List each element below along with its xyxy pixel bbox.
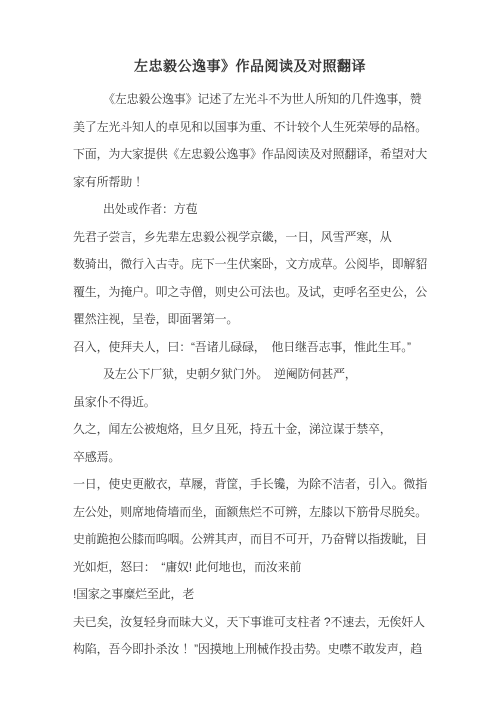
page-title: 左忠毅公逸事》作品阅读及对照翻译 [0,0,500,75]
text-line: 覆生，为掩户。叩之寺僧，则史公可法也。及试，吏呼名至史公，公 [73,279,430,307]
text-line: 构陷，吾今即扑杀汝 ！”因摸地上刑械作投击势。史噤不敢发声，趋 [73,636,430,664]
text-line: 家有所帮助 ！ [73,169,430,197]
text-line: 卒感焉。 [73,444,430,472]
text-line: 数骑出，微行入古寺。庑下一生伏案卧，文方成草。公阅毕，即解貂 [73,251,430,279]
text-line: 虽家仆不得近。 [73,389,430,417]
text-line: 久之，闻左公被炮烙，旦夕且死，持五十金，涕泣谋于禁卒， [73,416,430,444]
text-line: 美了左光斗知人的卓见和以国事为重、不计较个人生死荣辱的品格。 [73,114,430,142]
text-line: 召入，使拜夫人，曰：“吾诸儿碌碌， 他日继吾志事，惟此生耳。” [73,334,430,362]
text-line: 《左忠毅公逸事》记述了左光斗不为世人所知的几件逸事，赞 [73,86,430,114]
document-body: 《左忠毅公逸事》记述了左光斗不为世人所知的几件逸事，赞美了左光斗知人的卓见和以国… [0,86,500,664]
text-line: 下面，为大家提供《左忠毅公逸事》作品阅读及对照翻译，希望对大 [73,141,430,169]
document-page: 左忠毅公逸事》作品阅读及对照翻译 《左忠毅公逸事》记述了左光斗不为世人所知的几件… [0,0,500,708]
text-line: 及左公下厂狱，史朝夕狱门外。 逆阉防伺甚严， [73,361,430,389]
text-line: 左公处，则席地倚墙而坐，面额焦烂不可辨，左膝以下筋骨尽脱矣。 [73,499,430,527]
text-line: 光如炬，怒曰： “庸奴! 此何地也，而汝来前 [73,554,430,582]
text-line: 先君子尝言，乡先辈左忠毅公视学京畿，一日，风雪严寒，从 [73,224,430,252]
text-line: 一日，使史更敝衣，草屦，背筐，手长镵，为除不洁者，引入。微指 [73,471,430,499]
text-line: 出处或作者：方苞 [73,196,430,224]
text-line: 夫已矣，汝复轻身而昧大义，天下事谁可支柱者 ?不速去，无俟奸人 [73,609,430,637]
text-line: 瞿然注视，呈卷，即面署第一。 [73,306,430,334]
text-line: !国家之事糜烂至此，老 [73,581,430,609]
text-line: 史前跪抱公膝而呜咽。公辨其声，而目不可开，乃奋臂以指拨眦，目 [73,526,430,554]
